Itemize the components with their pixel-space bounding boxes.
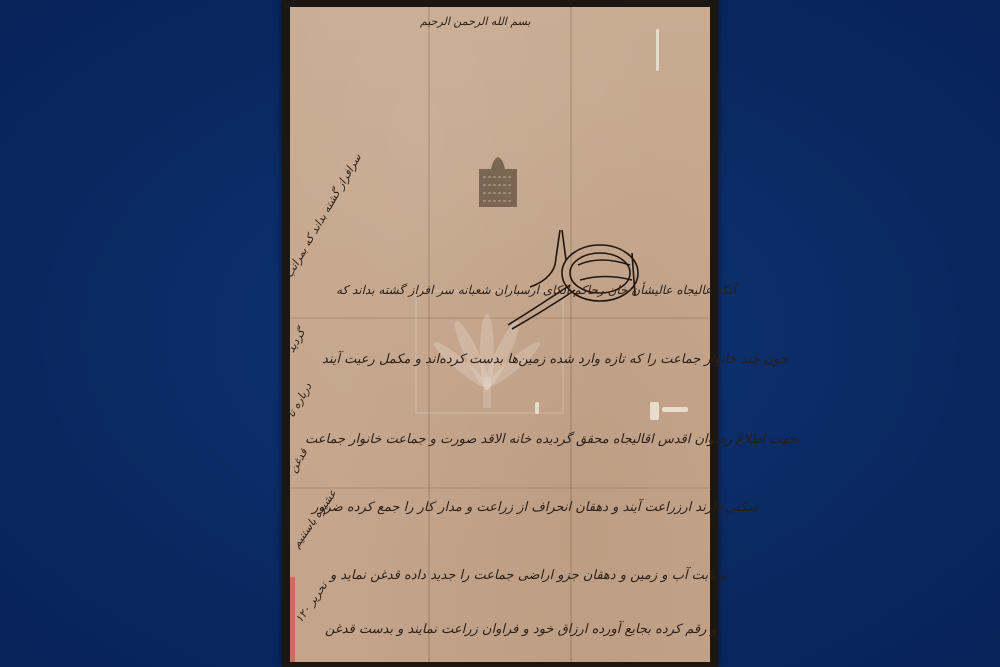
paper-crack — [656, 29, 659, 71]
invocation-bismillah: بسم الله الرحمن الرحیم — [420, 15, 531, 28]
fold-line — [290, 487, 710, 489]
decree-line-3: بجهت اطلاع رضوان اقدس اقالیجاه محقق گردی… — [305, 432, 800, 447]
tughra-signature — [500, 225, 650, 335]
decree-line-2: چون چند خانوار جماعت را که تازه وارد شده… — [322, 352, 788, 367]
paper-tear — [662, 407, 688, 412]
decree-line-6: و رقم کرده بجایع آورده ارزاق خود و فراوا… — [325, 622, 717, 637]
decree-line-5: و بابت آب و زمین و دهقان جزو اراضی جماعت… — [330, 568, 726, 583]
paper-tear — [650, 402, 659, 420]
seal-icon — [473, 155, 523, 211]
decree-line-1: آنکه عالیجاه عالیشأن خان رحاکم الکای ارس… — [336, 283, 736, 297]
tughra-icon — [500, 225, 650, 335]
seal-stamp — [473, 155, 523, 211]
decree-line-4: سکنی دارند ارزراعت آیند و دهقان انحراف ا… — [312, 500, 758, 515]
